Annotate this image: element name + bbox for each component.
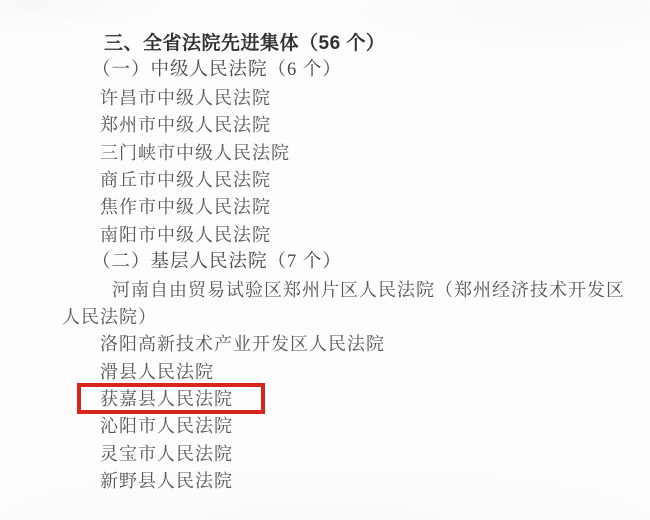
scanned-page: 三、全省法院先进集体（56 个） （一）中级人民法院（6 个） 许昌市中级人民法… bbox=[0, 0, 650, 520]
court-line: 三门峡市中级人民法院 bbox=[100, 140, 650, 167]
court-line: 许昌市中级人民法院 bbox=[100, 85, 650, 112]
section-heading: 三、全省法院先进集体（56 个） bbox=[104, 30, 650, 57]
subsection-heading-intermediate-courts: （一）中级人民法院（6 个） bbox=[92, 57, 650, 84]
court-line: 新野县人民法院 bbox=[100, 468, 650, 495]
highlighted-court-line: 获嘉县人民法院 bbox=[100, 386, 650, 413]
court-line: 洛阳高新技术产业开发区人民法院 bbox=[100, 331, 650, 358]
subsection-heading-basic-courts: （二）基层人民法院（7 个） bbox=[92, 249, 650, 276]
court-line-wrapped-continuation: 人民法院） bbox=[62, 304, 650, 331]
court-line: 灵宝市人民法院 bbox=[100, 441, 650, 468]
court-line: 南阳市中级人民法院 bbox=[100, 222, 650, 249]
court-line: 郑州市中级人民法院 bbox=[100, 112, 650, 139]
court-line: 滑县人民法院 bbox=[100, 359, 650, 386]
highlighted-court-label: 获嘉县人民法院 bbox=[100, 389, 233, 409]
court-line: 沁阳市人民法院 bbox=[100, 413, 650, 440]
document-body: 三、全省法院先进集体（56 个） （一）中级人民法院（6 个） 许昌市中级人民法… bbox=[62, 30, 650, 496]
court-line: 焦作市中级人民法院 bbox=[100, 194, 650, 221]
court-line: 商丘市中级人民法院 bbox=[100, 167, 650, 194]
court-line-wrapped-first: 河南自由贸易试验区郑州片区人民法院（郑州经济技术开发区 bbox=[112, 277, 650, 304]
